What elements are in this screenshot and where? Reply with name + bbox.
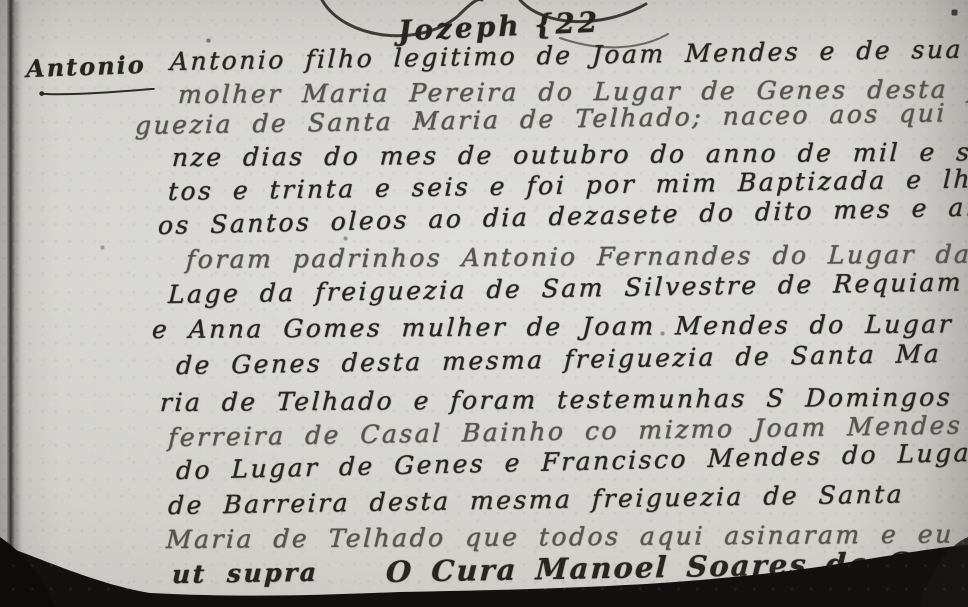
manuscript-line: de Genes desta mesma freiguezia de Santa… — [175, 339, 941, 381]
ink-speck — [0, 0, 1, 1]
margin-underline-flourish — [24, 88, 170, 96]
manuscript-page-scan: Antonio Jozeph {22 Antonio filho legitim… — [0, 0, 968, 607]
manuscript-line: ut supra — [171, 558, 319, 590]
manuscript-line: Antonio filho legitimo de Joam Mendes e … — [169, 35, 963, 77]
binding-edge — [7, 0, 15, 607]
manuscript-line: de Barreira desta mesma freiguezia de Sa… — [167, 479, 904, 521]
margin-name: Antonio — [26, 50, 147, 83]
